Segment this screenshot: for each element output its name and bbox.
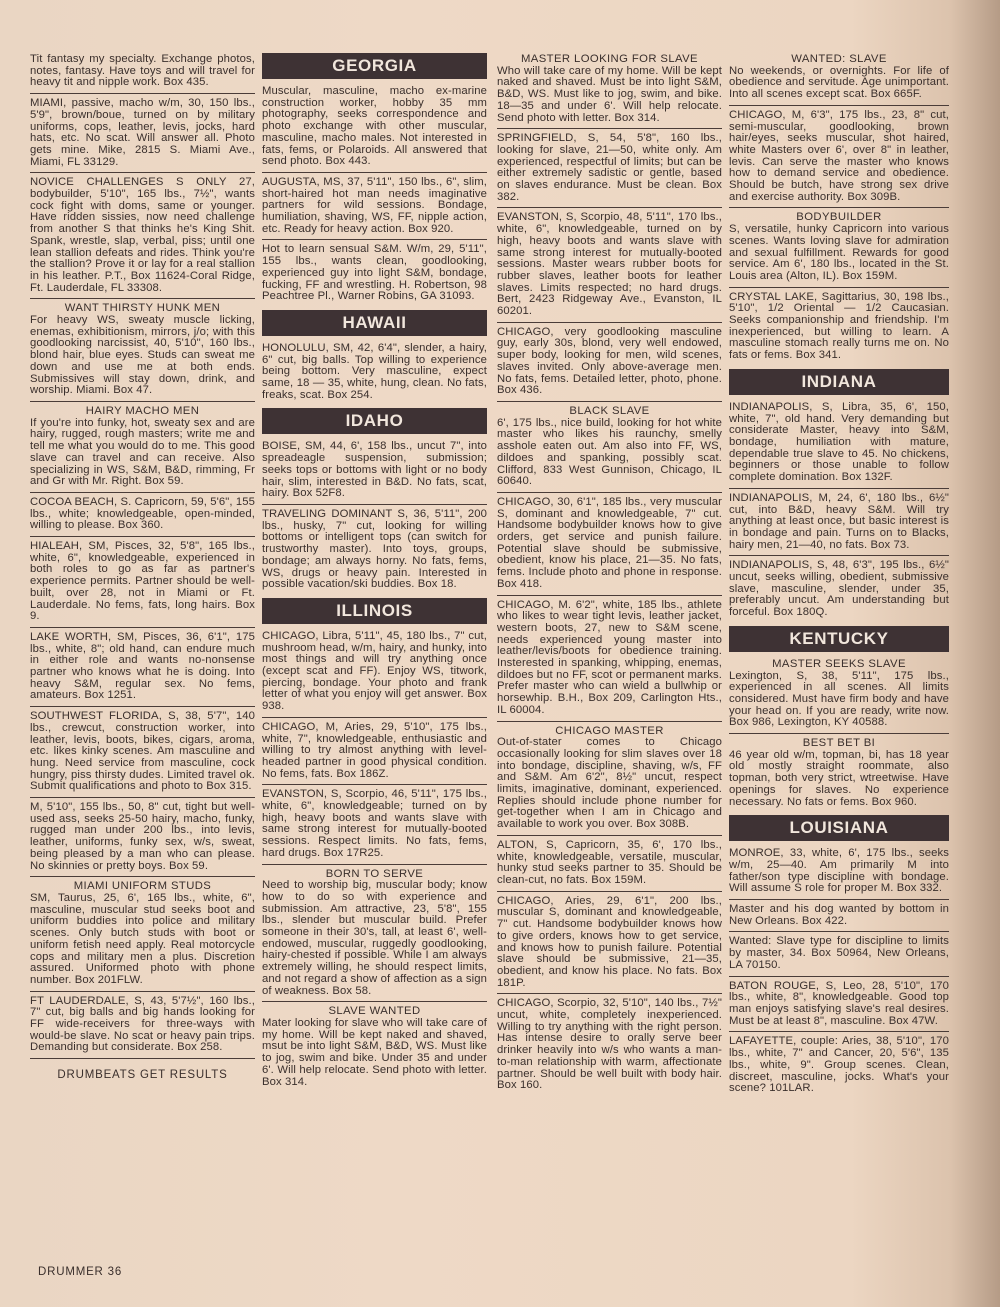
ad-text: CHICAGO, M, 6'3", 175 lbs., 23, 8" cut, … — [729, 110, 949, 204]
ad-text: SOUTHWEST FLORIDA, S, 38, 5'7", 140 lbs.… — [30, 711, 255, 793]
state-header-louisiana: LOUISIANA — [729, 815, 949, 841]
classified-ad: HONOLULU, SM, 42, 6'4", slender, a hairy… — [262, 339, 487, 406]
ad-text: TRAVELING DOMINANT S, 36, 5'11", 200 lbs… — [262, 509, 487, 591]
ad-text: ALTON, S, Capricorn, 35, 6', 170 lbs., w… — [497, 840, 722, 887]
classified-ad: Master and his dog wanted by bottom in N… — [729, 900, 949, 932]
ad-text: EVANSTON, S, Scorpio, 46, 5'11", 175 lbs… — [262, 789, 487, 859]
classified-ad: FT LAUDERDALE, S, 43, 5'7½", 160 lbs., 7… — [30, 992, 255, 1060]
ad-text: HIALEAH, SM, Pisces, 32, 5'8", 165 lbs.,… — [30, 541, 255, 623]
page-footer: DRUMMER 36 — [38, 1266, 122, 1278]
ad-text: COCOA BEACH, S. Capricorn, 59, 5'6", 155… — [30, 497, 255, 532]
ad-text: CRYSTAL LAKE, Sagittarius, 30, 198 lbs.,… — [729, 292, 949, 362]
classified-ad: M, 5'10", 155 lbs., 50, 8" cut, tight bu… — [30, 798, 255, 877]
state-header-kentucky: KENTUCKY — [729, 626, 949, 652]
ad-text: If you're into funky, hot, sweaty sex an… — [30, 418, 255, 488]
classified-ad: EVANSTON, S, Scorpio, 48, 5'11", 170 lbs… — [497, 208, 722, 322]
state-header-indiana: INDIANA — [729, 369, 949, 395]
ad-text: CHICAGO, Aries, 29, 6'1", 200 lbs., musc… — [497, 896, 722, 990]
classified-ad: CHICAGO, Libra, 5'11", 45, 180 lbs., 7" … — [262, 627, 487, 718]
classified-ad: LAKE WORTH, SM, Pisces, 36, 6'1", 175 lb… — [30, 628, 255, 707]
classified-ad: SPRINGFIELD, S, 54, 5'8", 160 lbs., look… — [497, 129, 722, 208]
classified-ad: HIALEAH, SM, Pisces, 32, 5'8", 165 lbs.,… — [30, 537, 255, 628]
classified-ad: Tit fantasy my specialty. Exchange photo… — [30, 50, 255, 94]
ad-text: S, versatile, hunky Capricorn into vario… — [729, 224, 949, 283]
footer-tagline: DRUMBEATS GET RESULTS — [30, 1069, 255, 1081]
classified-ad: CHICAGO, M, 6'3", 175 lbs., 23, 8" cut, … — [729, 106, 949, 209]
classified-ad: COCOA BEACH, S. Capricorn, 59, 5'6", 155… — [30, 493, 255, 537]
page-number: 36 — [108, 1266, 122, 1278]
classified-ad: MASTER SEEKS SLAVELexington, S, 38, 5'11… — [729, 655, 949, 734]
state-header-hawaii: HAWAII — [262, 310, 487, 336]
column-2: GEORGIAMuscular, masculine, macho ex-mar… — [262, 50, 487, 1092]
classified-ad: Hot to learn sensual S&M. W/m, 29, 5'11"… — [262, 240, 487, 307]
magazine-page: Tit fantasy my specialty. Exchange photo… — [0, 0, 1000, 1307]
ad-headline: BEST BET BI — [729, 738, 949, 750]
ad-text: CHICAGO, very goodlooking masculine guy,… — [497, 327, 722, 397]
classified-ad: Wanted: Slave type for discipline to lim… — [729, 932, 949, 976]
classified-ad: CHICAGO, M, Aries, 29, 5'10", 175 lbs., … — [262, 718, 487, 786]
ad-text: M, 5'10", 155 lbs., 50, 8" cut, tight bu… — [30, 802, 255, 872]
ad-text: INDIANAPOLIS, S, 48, 6'3", 195 lbs., 6½"… — [729, 560, 949, 619]
publication-name: DRUMMER — [38, 1266, 104, 1278]
classified-ad: CHICAGO, Aries, 29, 6'1", 200 lbs., musc… — [497, 892, 722, 995]
classified-ad: MIAMI, passive, macho w/m, 30, 150 lbs.,… — [30, 94, 255, 173]
classified-ad: TRAVELING DOMINANT S, 36, 5'11", 200 lbs… — [262, 505, 487, 595]
classified-ad: SOUTHWEST FLORIDA, S, 38, 5'7", 140 lbs.… — [30, 707, 255, 798]
classified-ad: MASTER LOOKING FOR SLAVEWho will take ca… — [497, 50, 722, 129]
classified-ad: EVANSTON, S, Scorpio, 46, 5'11", 175 lbs… — [262, 785, 487, 864]
ad-text: INDIANAPOLIS, M, 24, 6', 180 lbs., 6½" c… — [729, 493, 949, 552]
column-4: WANTED: SLAVENo weekends, or overnights.… — [729, 50, 949, 1099]
ad-headline: WANTED: SLAVE — [729, 54, 949, 66]
ad-headline: BLACK SLAVE — [497, 406, 722, 418]
ad-text: Master and his dog wanted by bottom in N… — [729, 904, 949, 927]
ad-text: SM, Taurus, 25, 6', 165 lbs., white, 6",… — [30, 893, 255, 987]
classified-ad: CHICAGO, 30, 6'1", 185 lbs., very muscul… — [497, 493, 722, 596]
ad-text: Mater looking for slave who will take ca… — [262, 1018, 487, 1088]
classified-ad: WANTED: SLAVENo weekends, or overnights.… — [729, 50, 949, 106]
ad-text: MIAMI, passive, macho w/m, 30, 150 lbs.,… — [30, 98, 255, 168]
classified-ad: HAIRY MACHO MENIf you're into funky, hot… — [30, 402, 255, 493]
ad-text: 6', 175 lbs., nice build, looking for ho… — [497, 418, 722, 488]
ad-text: LAKE WORTH, SM, Pisces, 36, 6'1", 175 lb… — [30, 632, 255, 702]
classified-ad: Muscular, masculine, macho ex-marine con… — [262, 82, 487, 173]
ad-text: MONROE, 33, white, 6', 175 lbs., seeks w… — [729, 848, 949, 895]
ad-text: 46 year old w/m, topman, bi, has 18 year… — [729, 750, 949, 809]
classified-ad: LAFAYETTE, couple: Aries, 38, 5'10", 170… — [729, 1032, 949, 1099]
ad-text: BOISE, SM, 44, 6', 158 lbs., uncut 7", i… — [262, 441, 487, 500]
classified-ad: CHICAGO, very goodlooking masculine guy,… — [497, 323, 722, 402]
state-header-illinois: ILLINOIS — [262, 598, 487, 624]
ad-text: For heavy WS, sweaty muscle licking, ene… — [30, 315, 255, 397]
ad-text: EVANSTON, S, Scorpio, 48, 5'11", 170 lbs… — [497, 212, 722, 317]
classified-ad: MIAMI UNIFORM STUDSSM, Taurus, 25, 6', 1… — [30, 877, 255, 991]
ad-text: SPRINGFIELD, S, 54, 5'8", 160 lbs., look… — [497, 133, 722, 203]
ad-text: Hot to learn sensual S&M. W/m, 29, 5'11"… — [262, 244, 487, 303]
ad-text: Out-of-stater comes to Chicago occasiona… — [497, 737, 722, 831]
column-3: MASTER LOOKING FOR SLAVEWho will take ca… — [497, 50, 722, 1096]
ad-text: CHICAGO, Scorpio, 32, 5'10", 140 lbs., 7… — [497, 998, 722, 1092]
classified-ad: WANT THIRSTY HUNK MENFor heavy WS, sweat… — [30, 299, 255, 402]
ad-text: LAFAYETTE, couple: Aries, 38, 5'10", 170… — [729, 1036, 949, 1095]
classified-ad: BATON ROUGE, S, Leo, 28, 5'10", 170 lbs.… — [729, 977, 949, 1033]
ad-text: NOVICE CHALLENGES S ONLY 27, bodybuilder… — [30, 177, 255, 294]
ad-text: Tit fantasy my specialty. Exchange photo… — [30, 54, 255, 89]
classified-ad: BODYBUILDERS, versatile, hunky Capricorn… — [729, 208, 949, 287]
classified-ad: BORN TO SERVENeed to worship big, muscul… — [262, 865, 487, 1003]
ad-text: Muscular, masculine, macho ex-marine con… — [262, 86, 487, 168]
ad-text: No weekends, or overnights. For life of … — [729, 66, 949, 101]
ad-text: Need to worship big, muscular body; know… — [262, 880, 487, 997]
state-header-idaho: IDAHO — [262, 408, 487, 434]
ad-text: Who will take care of my home. Will be k… — [497, 66, 722, 125]
classified-ad: NOVICE CHALLENGES S ONLY 27, bodybuilder… — [30, 173, 255, 299]
ad-headline: MASTER LOOKING FOR SLAVE — [497, 54, 722, 66]
classified-ad: INDIANAPOLIS, S, Libra, 35, 6', 150, whi… — [729, 398, 949, 489]
column-1: Tit fantasy my specialty. Exchange photo… — [30, 50, 255, 1081]
classified-ad: ALTON, S, Capricorn, 35, 6', 170 lbs., w… — [497, 836, 722, 892]
state-header-georgia: GEORGIA — [262, 53, 487, 79]
classified-ad: SLAVE WANTEDMater looking for slave who … — [262, 1002, 487, 1092]
ad-text: CHICAGO, 30, 6'1", 185 lbs., very muscul… — [497, 497, 722, 591]
ad-headline: HAIRY MACHO MEN — [30, 406, 255, 418]
classified-ad: MONROE, 33, white, 6', 175 lbs., seeks w… — [729, 844, 949, 900]
classified-ad: CHICAGO, Scorpio, 32, 5'10", 140 lbs., 7… — [497, 994, 722, 1096]
ad-text: FT LAUDERDALE, S, 43, 5'7½", 160 lbs., 7… — [30, 996, 255, 1055]
ad-text: AUGUSTA, MS, 37, 5'11", 150 lbs., 6", sl… — [262, 177, 487, 236]
ad-headline: MASTER SEEKS SLAVE — [729, 659, 949, 671]
classified-ad: BOISE, SM, 44, 6', 158 lbs., uncut 7", i… — [262, 437, 487, 505]
classified-ad: BLACK SLAVE6', 175 lbs., nice build, loo… — [497, 402, 722, 493]
ad-text: CHICAGO, M. 6'2", white, 185 lbs., athle… — [497, 600, 722, 717]
ad-text: CHICAGO, M, Aries, 29, 5'10", 175 lbs., … — [262, 722, 487, 781]
ad-text: Lexington, S, 38, 5'11", 175 lbs., exper… — [729, 671, 949, 730]
ad-text: HONOLULU, SM, 42, 6'4", slender, a hairy… — [262, 343, 487, 402]
classified-ad: INDIANAPOLIS, M, 24, 6', 180 lbs., 6½" c… — [729, 489, 949, 557]
classified-ad: CHICAGO, M. 6'2", white, 185 lbs., athle… — [497, 596, 722, 722]
classified-ad: CRYSTAL LAKE, Sagittarius, 30, 198 lbs.,… — [729, 288, 949, 366]
classified-ad: AUGUSTA, MS, 37, 5'11", 150 lbs., 6", sl… — [262, 173, 487, 241]
classified-ad: INDIANAPOLIS, S, 48, 6'3", 195 lbs., 6½"… — [729, 556, 949, 623]
ad-text: INDIANAPOLIS, S, Libra, 35, 6', 150, whi… — [729, 402, 949, 484]
ad-text: BATON ROUGE, S, Leo, 28, 5'10", 170 lbs.… — [729, 981, 949, 1028]
classified-ad: BEST BET BI46 year old w/m, topman, bi, … — [729, 734, 949, 812]
ad-text: Wanted: Slave type for discipline to lim… — [729, 936, 949, 971]
classified-ad: CHICAGO MASTEROut-of-stater comes to Chi… — [497, 722, 722, 836]
ad-text: CHICAGO, Libra, 5'11", 45, 180 lbs., 7" … — [262, 631, 487, 713]
